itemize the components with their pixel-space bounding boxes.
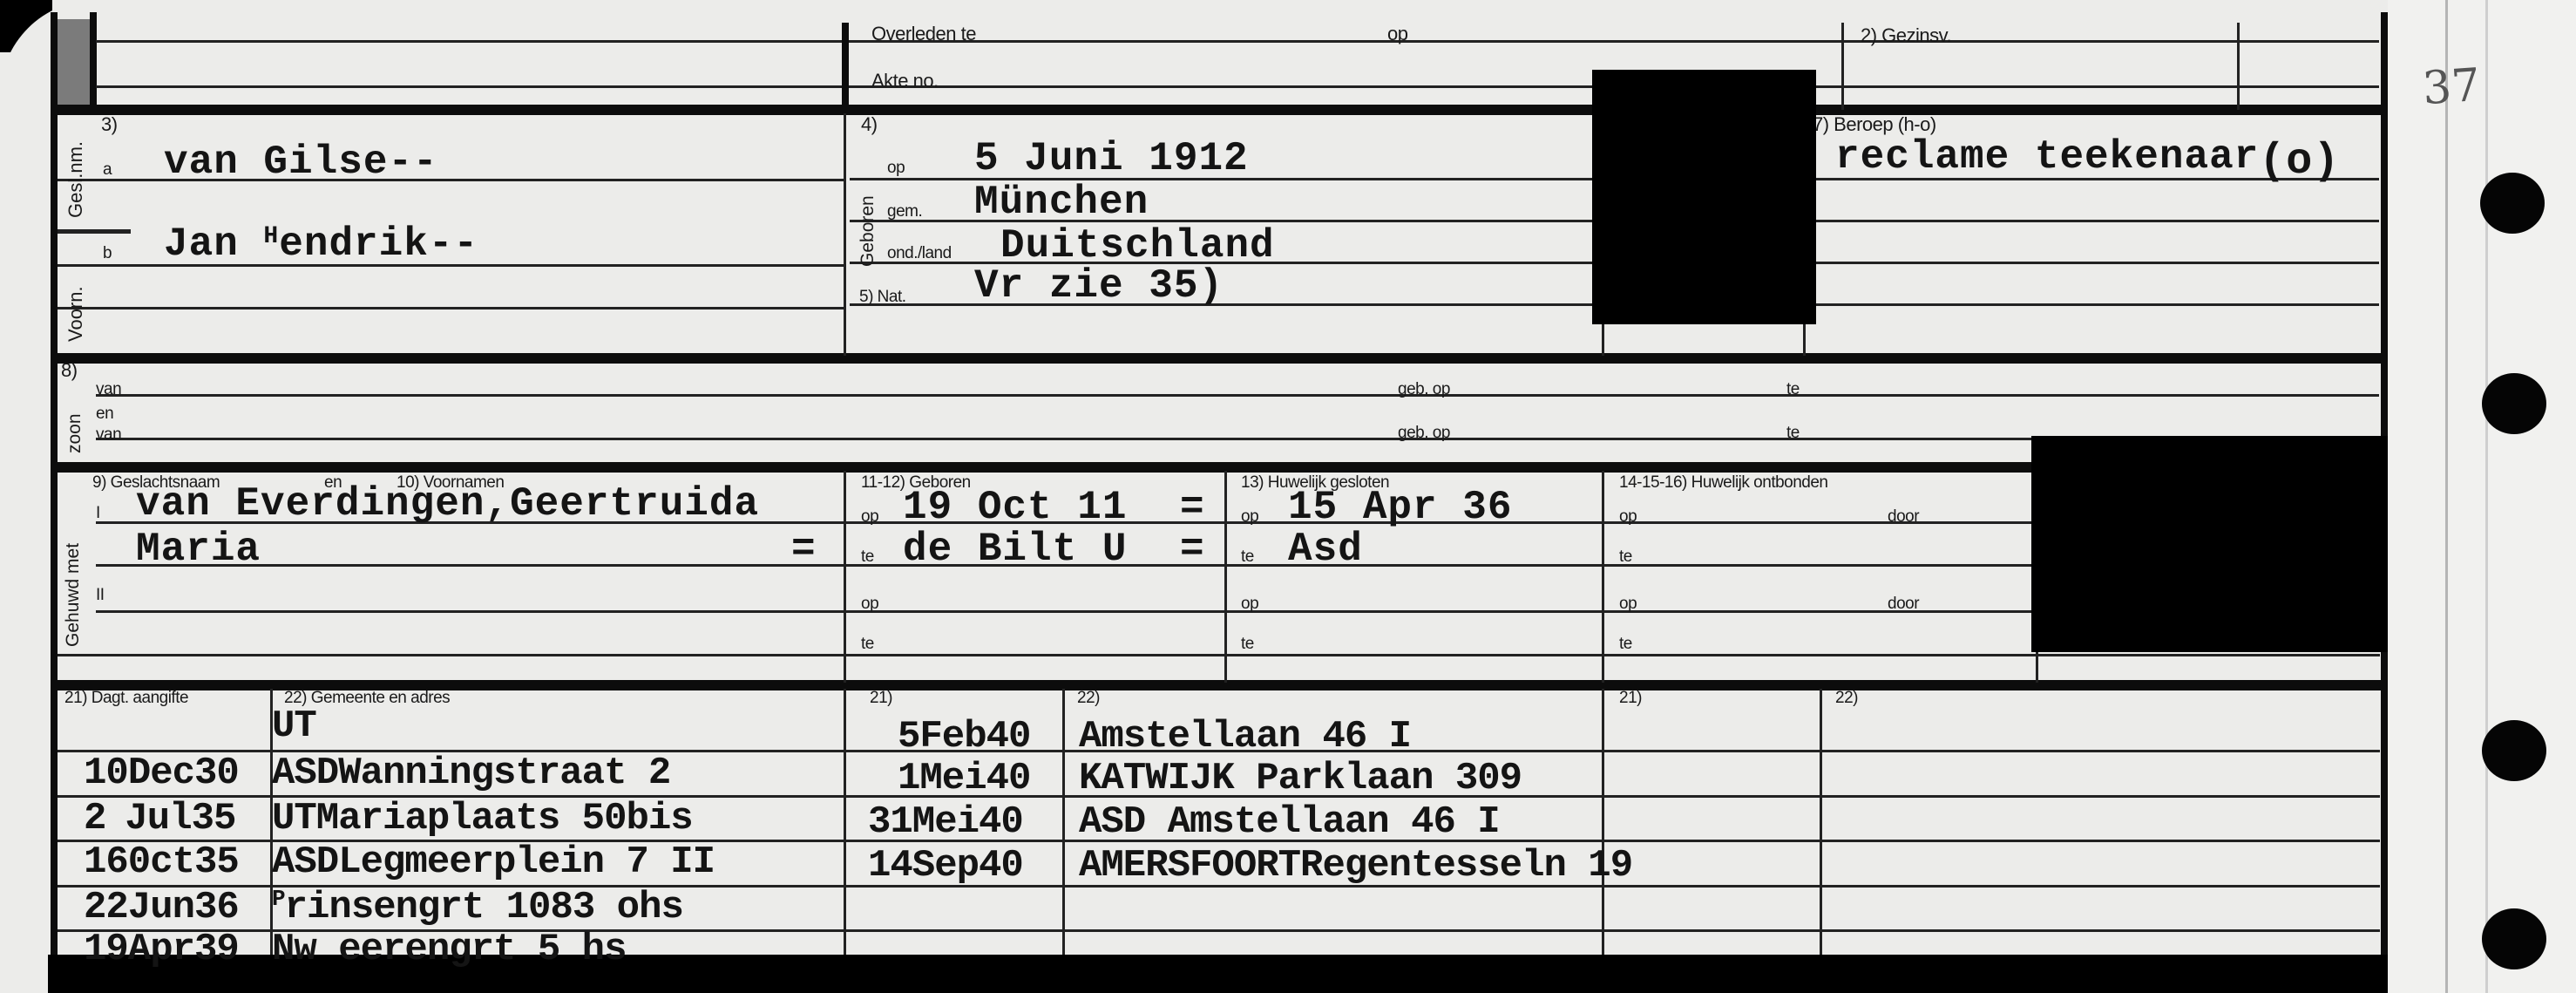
date-day: 2: [84, 797, 105, 840]
redaction-block-photo: [1592, 70, 1816, 324]
mother-van-label: van: [96, 425, 121, 445]
spouse-name-line2: Maria: [136, 527, 261, 572]
mother-geb-op-label: geb. op: [1398, 424, 1450, 443]
column-divider: [844, 689, 846, 955]
col21-header-2: 21): [870, 689, 892, 708]
section-divider: [51, 105, 2388, 115]
address-entry: ASDLegmeerplein 7 II: [272, 840, 715, 884]
given-names-value: Jan Hendrik--: [164, 221, 478, 267]
rule: [58, 654, 2380, 656]
marriage-2-label: II: [96, 586, 105, 605]
address-entry: AMERSFOORTRegentesseln 19: [1079, 844, 1632, 888]
spouse-born-te-label: te: [861, 548, 874, 567]
address-date: 22Jun36: [84, 886, 239, 929]
father-van-label: van: [96, 380, 121, 399]
ink-smudge: [58, 19, 92, 106]
address-entry: UTMariaplaats 50bis: [272, 797, 693, 840]
nat-label: 5) Nat.: [859, 288, 906, 307]
given-names-rest: endrik--: [279, 221, 478, 267]
dissolved-op2-label: op: [1619, 595, 1637, 614]
column-divider: [1841, 23, 1844, 110]
field-4-label: 4): [861, 113, 878, 136]
father-geb-op-label: geb. op: [1398, 380, 1450, 399]
handwritten-number: 37: [2421, 59, 2482, 115]
redaction-block-spouse: [2031, 436, 2388, 652]
given-names-prefix: Jan: [164, 221, 263, 267]
birth-country-value: Duitschland: [1000, 223, 1275, 269]
address-entry: Nw eerengrt 5 hs: [272, 928, 626, 971]
registration-card: 37 Overleden te op Akte no. 2) Gezinsv. …: [0, 0, 2576, 993]
mother-te-label: te: [1786, 424, 1800, 443]
birth-date-value: 5 Juni 1912: [974, 136, 1249, 181]
column-divider: [1602, 689, 1604, 955]
dissolved-te2-label: te: [1619, 635, 1632, 654]
field-8-label: 8): [61, 359, 78, 382]
section-divider: [51, 353, 2388, 364]
address-entry: ASDWanningstraat 2: [272, 752, 670, 795]
card-left-border: [51, 12, 58, 962]
geboren-label: Geboren: [858, 195, 878, 267]
address-date: 2Jul35: [84, 797, 235, 840]
overleden-te-label: Overleden te: [871, 23, 976, 45]
address-correction: P: [272, 886, 285, 912]
occupation-suffix: (o): [2259, 137, 2340, 187]
dissolved-te-label: te: [1619, 548, 1632, 567]
marriage-op2-label: op: [1241, 595, 1258, 614]
field-3-label: 3): [101, 113, 118, 136]
address-text: rinsengrt 1083 ohs: [285, 886, 683, 929]
punch-hole: [2482, 373, 2546, 434]
strip-fold-line: [2485, 0, 2488, 993]
address-date: 31Mei40: [868, 800, 1023, 844]
marriage-te-label: te: [1241, 548, 1254, 567]
rule: [58, 229, 131, 234]
occupation-text: reclame teekenaar: [1835, 134, 2259, 180]
father-te-label: te: [1786, 380, 1800, 399]
spouse-born-te2-label: te: [861, 635, 874, 654]
birth-municipality-value: München: [974, 180, 1149, 225]
rule: [96, 40, 2379, 43]
column-divider: [844, 113, 846, 356]
col22-header-3: 22): [1835, 689, 1858, 708]
spouse-name-equals: =: [791, 527, 817, 572]
col22-header-2: 22): [1077, 689, 1100, 708]
a-label: a: [103, 160, 112, 180]
en-label: en: [96, 405, 113, 424]
given-names-correction: H: [263, 223, 279, 250]
top-strip-inner-border: [90, 12, 97, 110]
date-month-year: Dec30: [128, 752, 239, 795]
col21-header-3: 21): [1619, 689, 1642, 708]
section-divider: [51, 462, 2037, 473]
column-divider: [1062, 689, 1065, 955]
occupation-value: reclame teekenaar(o): [1835, 134, 2340, 187]
dissolved-door-label: door: [1888, 507, 1919, 527]
address-entry: Prinsengrt 1083 ohs: [272, 886, 683, 929]
marriage-place: Asd: [1288, 527, 1363, 572]
spouse-name-line1: van Everdingen,Geertruida: [136, 481, 759, 527]
rule: [96, 610, 2035, 613]
overleden-op-label: op: [1387, 23, 1407, 45]
akte-no-label: Akte no.: [871, 70, 939, 92]
column-divider: [1820, 689, 1822, 955]
born-place-equals: =: [1180, 527, 1205, 572]
punch-hole: [2482, 720, 2546, 781]
rule: [96, 85, 2379, 88]
nationality-value: Vr zie 35): [974, 263, 1224, 309]
spouse-born-op2-label: op: [861, 595, 878, 614]
address-entry: KATWIJK Parklaan 309: [1079, 757, 1522, 800]
gezinsv-label: 2) Gezinsv.: [1861, 24, 1951, 47]
occupation-label: 7) Beroep (h-o): [1813, 113, 1936, 136]
column-divider: [844, 471, 846, 683]
spouse-born-date: 19 Oct 11: [903, 485, 1127, 530]
born-date-equals: =: [1180, 485, 1205, 530]
zoon-label: zoon: [64, 413, 85, 453]
spouse-born-op-label: op: [861, 507, 878, 527]
surname-value: van Gilse--: [164, 139, 438, 185]
address-date: 14Sep40: [868, 844, 1023, 888]
address-date: 19Apr39: [84, 928, 239, 971]
address-entry: Amstellaan 46 I: [1079, 715, 1411, 758]
address-date: 5Feb40: [898, 715, 1030, 758]
birth-op-label: op: [887, 159, 905, 178]
column-divider: [1602, 471, 1604, 683]
strip-fold-line: [2445, 0, 2448, 993]
column-divider: [842, 23, 849, 110]
voorn-label: Voorn.: [64, 286, 87, 342]
b-label: b: [103, 244, 112, 263]
rule: [58, 307, 844, 309]
gehuwd-met-label: Gehuwd met: [63, 543, 84, 647]
dissolved-door2-label: door: [1888, 595, 1919, 614]
address-date: 10Dec30: [84, 752, 239, 795]
birth-gem-label: gem.: [887, 202, 922, 221]
punch-hole: [2480, 173, 2545, 234]
address-entry: UT: [272, 704, 316, 748]
marriage-op-label: op: [1241, 507, 1258, 527]
marriage-te2-label: te: [1241, 635, 1254, 654]
spouse-born-place: de Bilt U: [903, 527, 1127, 572]
rule: [96, 394, 2379, 397]
column-divider: [1224, 471, 1227, 683]
address-entry: ASD Amstellaan 46 I: [1079, 800, 1500, 844]
dagt-aangifte-header: 21) Dagt. aangifte: [64, 689, 188, 708]
marriage-date: 15 Apr 36: [1288, 485, 1512, 530]
binder-strip: 37: [2388, 0, 2576, 993]
date-day: 10: [84, 752, 128, 795]
dissolved-header: 14-15-16) Huwelijk ontbonden: [1619, 473, 1828, 493]
dissolved-op-label: op: [1619, 507, 1637, 527]
address-date: 1Mei40: [898, 757, 1030, 800]
geslnm-label: Gesl.nm.: [64, 141, 87, 218]
column-divider: [2237, 23, 2240, 110]
date-month-year: Jul35: [125, 797, 235, 840]
birth-ond-land-label: ond./land: [887, 244, 952, 263]
punch-hole: [2482, 908, 2546, 969]
marriage-1-label: I: [96, 504, 100, 523]
address-date: 160ct35: [84, 840, 239, 884]
